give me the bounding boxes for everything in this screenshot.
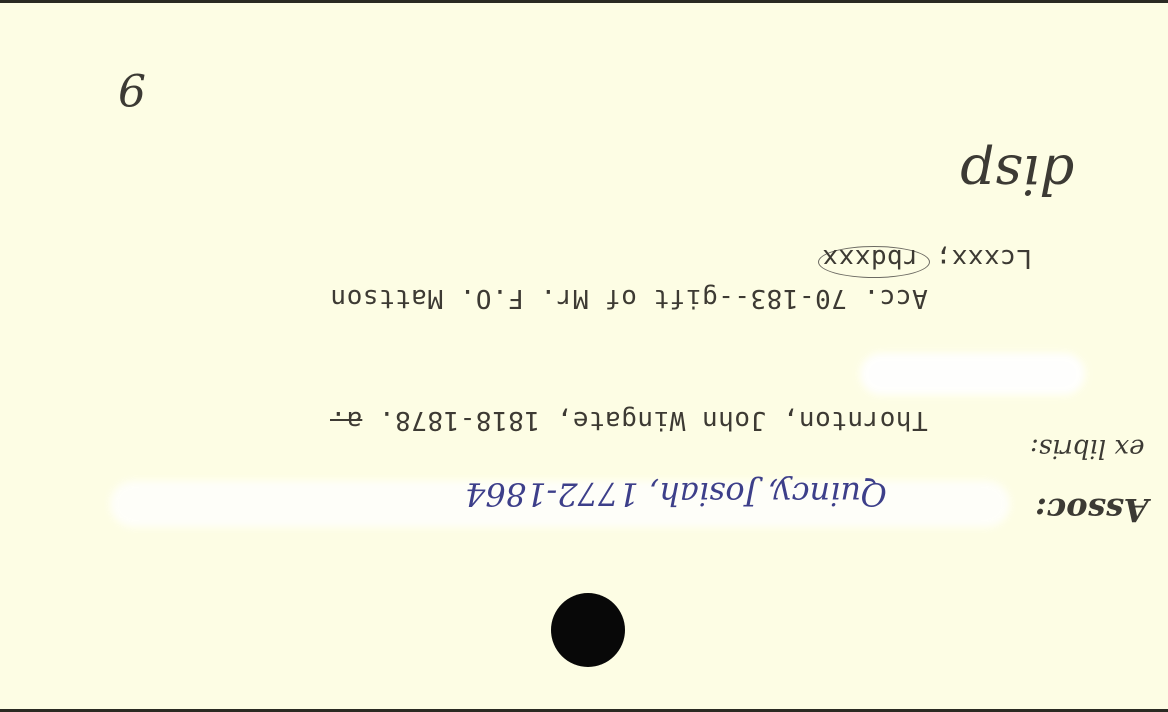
- assoc-label: Assoc:: [1035, 491, 1149, 529]
- heading-text: Thornton, John Wingate, 1818-1878.: [378, 405, 927, 435]
- heading-line: Thornton, John Wingate, 1818-1878. a.: [330, 405, 928, 435]
- whiteout-patch: [860, 353, 1085, 395]
- disp-annotation: disp: [960, 143, 1074, 206]
- ex-libris-note: ex libris:: [1030, 433, 1144, 463]
- heading-prefix: a.: [330, 405, 362, 435]
- corner-number: 9: [118, 63, 146, 114]
- assoc-name: Quincy, Josiah, 1772-1864: [465, 475, 887, 513]
- call-circled: rbdxxx: [822, 243, 919, 273]
- call-prefix: Lcxxx;: [935, 243, 1032, 273]
- catalog-card: 9 disp Lcxxx; rbdxxx Acc. 70-183--gift o…: [0, 3, 1168, 709]
- accession-line: Acc. 70-183--gift of Mr. F.O. Mattson: [330, 283, 928, 313]
- call-number-line: Lcxxx; rbdxxx: [822, 243, 1032, 273]
- punch-hole: [551, 593, 625, 667]
